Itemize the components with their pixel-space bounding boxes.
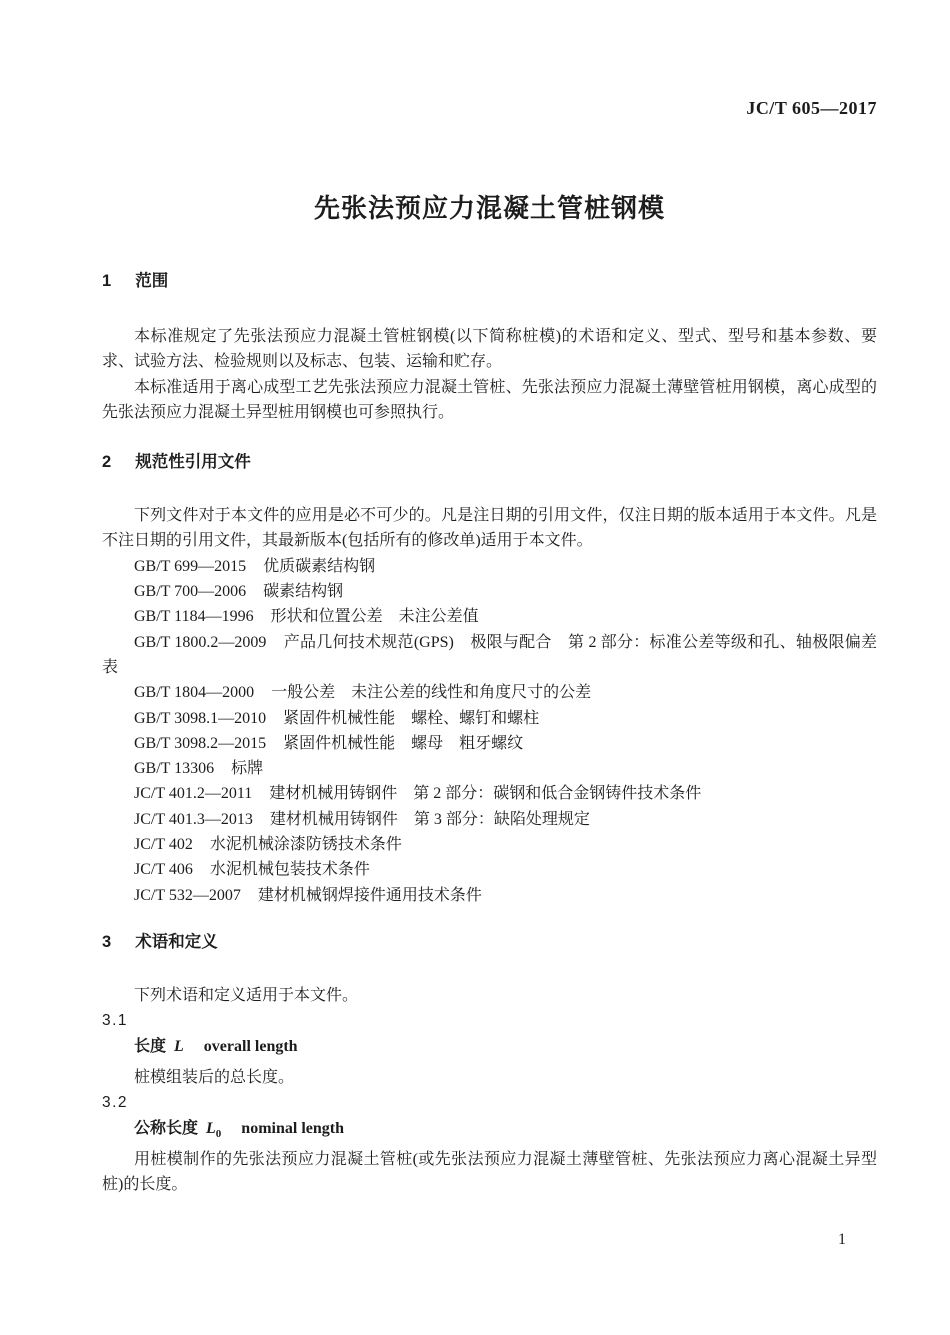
reference-code: GB/T 699—2015 [134, 558, 246, 575]
term-definition: 用桩模制作的先张法预应力混凝土管桩(或先张法预应力混凝土薄壁管桩、先张法预应力离… [102, 1147, 877, 1198]
page-number: 1 [838, 1229, 846, 1251]
section-number: 3 [102, 930, 111, 954]
section-title: 术语和定义 [135, 933, 218, 951]
reference-code: JC/T 401.2—2011 [134, 785, 252, 802]
term-symbol-subscript: 0 [216, 1128, 222, 1140]
reference-code: JC/T 402 [134, 836, 193, 853]
reference-item: GB/T 1800.2—2009产品几何技术规范(GPS) 极限与配合 第 2 … [102, 630, 877, 681]
document-page: JC/T 605—2017 先张法预应力混凝土管桩钢模 1范围 本标准规定了先张… [0, 0, 950, 1335]
section-title: 范围 [135, 272, 168, 290]
reference-item: GB/T 700—2006碳素结构钢 [102, 579, 877, 604]
document-title: 先张法预应力混凝土管桩钢模 [102, 192, 877, 225]
doc-code: JC/T 605—2017 [102, 97, 877, 119]
reference-title: 水泥机械涂漆防锈技术条件 [210, 836, 402, 853]
reference-title: 紧固件机械性能 螺栓、螺钉和螺柱 [283, 710, 539, 727]
term-english: overall length [204, 1038, 298, 1055]
reference-code: GB/T 700—2006 [134, 583, 246, 600]
reference-code: JC/T 406 [134, 861, 193, 878]
reference-item: GB/T 1184—1996形状和位置公差 未注公差值 [102, 604, 877, 629]
term-clause-number: 3.1 [102, 1008, 877, 1033]
term-clause-number: 3.2 [102, 1090, 877, 1115]
reference-item: JC/T 401.3—2013建材机械用铸钢件 第 3 部分：缺陷处理规定 [102, 807, 877, 832]
reference-title: 优质碳素结构钢 [263, 558, 375, 575]
section-terms-heading: 3术语和定义 [102, 930, 877, 954]
term-symbol: L0 [206, 1120, 221, 1137]
reference-item: GB/T 699—2015优质碳素结构钢 [102, 554, 877, 579]
term-entry: 公称长度L0nominal length [102, 1116, 877, 1147]
term-chinese: 公称长度 [134, 1120, 198, 1137]
term-chinese: 长度 [134, 1038, 166, 1055]
reference-item: JC/T 406水泥机械包装技术条件 [102, 857, 877, 882]
reference-title: 紧固件机械性能 螺母 粗牙螺纹 [283, 735, 523, 752]
reference-item: GB/T 1804—2000一般公差 未注公差的线性和角度尺寸的公差 [102, 680, 877, 705]
reference-item: JC/T 402水泥机械涂漆防锈技术条件 [102, 832, 877, 857]
section-references-heading: 2规范性引用文件 [102, 450, 877, 474]
reference-code: GB/T 13306 [134, 760, 214, 777]
terms-intro: 下列术语和定义适用于本文件。 [102, 983, 877, 1008]
reference-title: 标牌 [231, 760, 263, 777]
section-number: 2 [102, 450, 111, 474]
reference-code: JC/T 532—2007 [134, 887, 241, 904]
reference-item: JC/T 532—2007建材机械钢焊接件通用技术条件 [102, 883, 877, 908]
reference-title: 建材机械用铸钢件 第 3 部分：缺陷处理规定 [270, 811, 590, 828]
term-definition: 桩模组装后的总长度。 [102, 1065, 877, 1090]
section-title: 规范性引用文件 [135, 453, 251, 471]
reference-code: GB/T 1184—1996 [134, 608, 254, 625]
term-english: nominal length [241, 1120, 344, 1137]
references-intro: 下列文件对于本文件的应用是必不可少的。凡是注日期的引用文件，仅注日期的版本适用于… [102, 503, 877, 554]
reference-item: GB/T 13306标牌 [102, 756, 877, 781]
scope-paragraph: 本标准规定了先张法预应力混凝土管桩钢模(以下简称桩模)的术语和定义、型式、型号和… [102, 324, 877, 375]
section-scope-heading: 1范围 [102, 269, 877, 293]
reference-item: GB/T 3098.1—2010紧固件机械性能 螺栓、螺钉和螺柱 [102, 706, 877, 731]
reference-code: GB/T 3098.1—2010 [134, 710, 266, 727]
reference-title: 水泥机械包装技术条件 [210, 861, 370, 878]
term-entry: 长度Loverall length [102, 1034, 877, 1065]
reference-title: 碳素结构钢 [263, 583, 343, 600]
reference-code: JC/T 401.3—2013 [134, 811, 253, 828]
reference-code: GB/T 3098.2—2015 [134, 735, 266, 752]
term-symbol: L [174, 1038, 184, 1055]
reference-code: GB/T 1804—2000 [134, 684, 254, 701]
reference-title: 形状和位置公差 未注公差值 [271, 608, 479, 625]
reference-item: JC/T 401.2—2011建材机械用铸钢件 第 2 部分：碳钢和低合金钢铸件… [102, 781, 877, 806]
reference-code: GB/T 1800.2—2009 [134, 634, 266, 651]
reference-title: 建材机械钢焊接件通用技术条件 [258, 887, 482, 904]
reference-title: 建材机械用铸钢件 第 2 部分：碳钢和低合金钢铸件技术条件 [269, 785, 701, 802]
section-number: 1 [102, 269, 111, 293]
reference-item: GB/T 3098.2—2015紧固件机械性能 螺母 粗牙螺纹 [102, 731, 877, 756]
reference-title: 一般公差 未注公差的线性和角度尺寸的公差 [271, 684, 591, 701]
scope-paragraph: 本标准适用于离心成型工艺先张法预应力混凝土管桩、先张法预应力混凝土薄壁管桩用钢模… [102, 375, 877, 426]
